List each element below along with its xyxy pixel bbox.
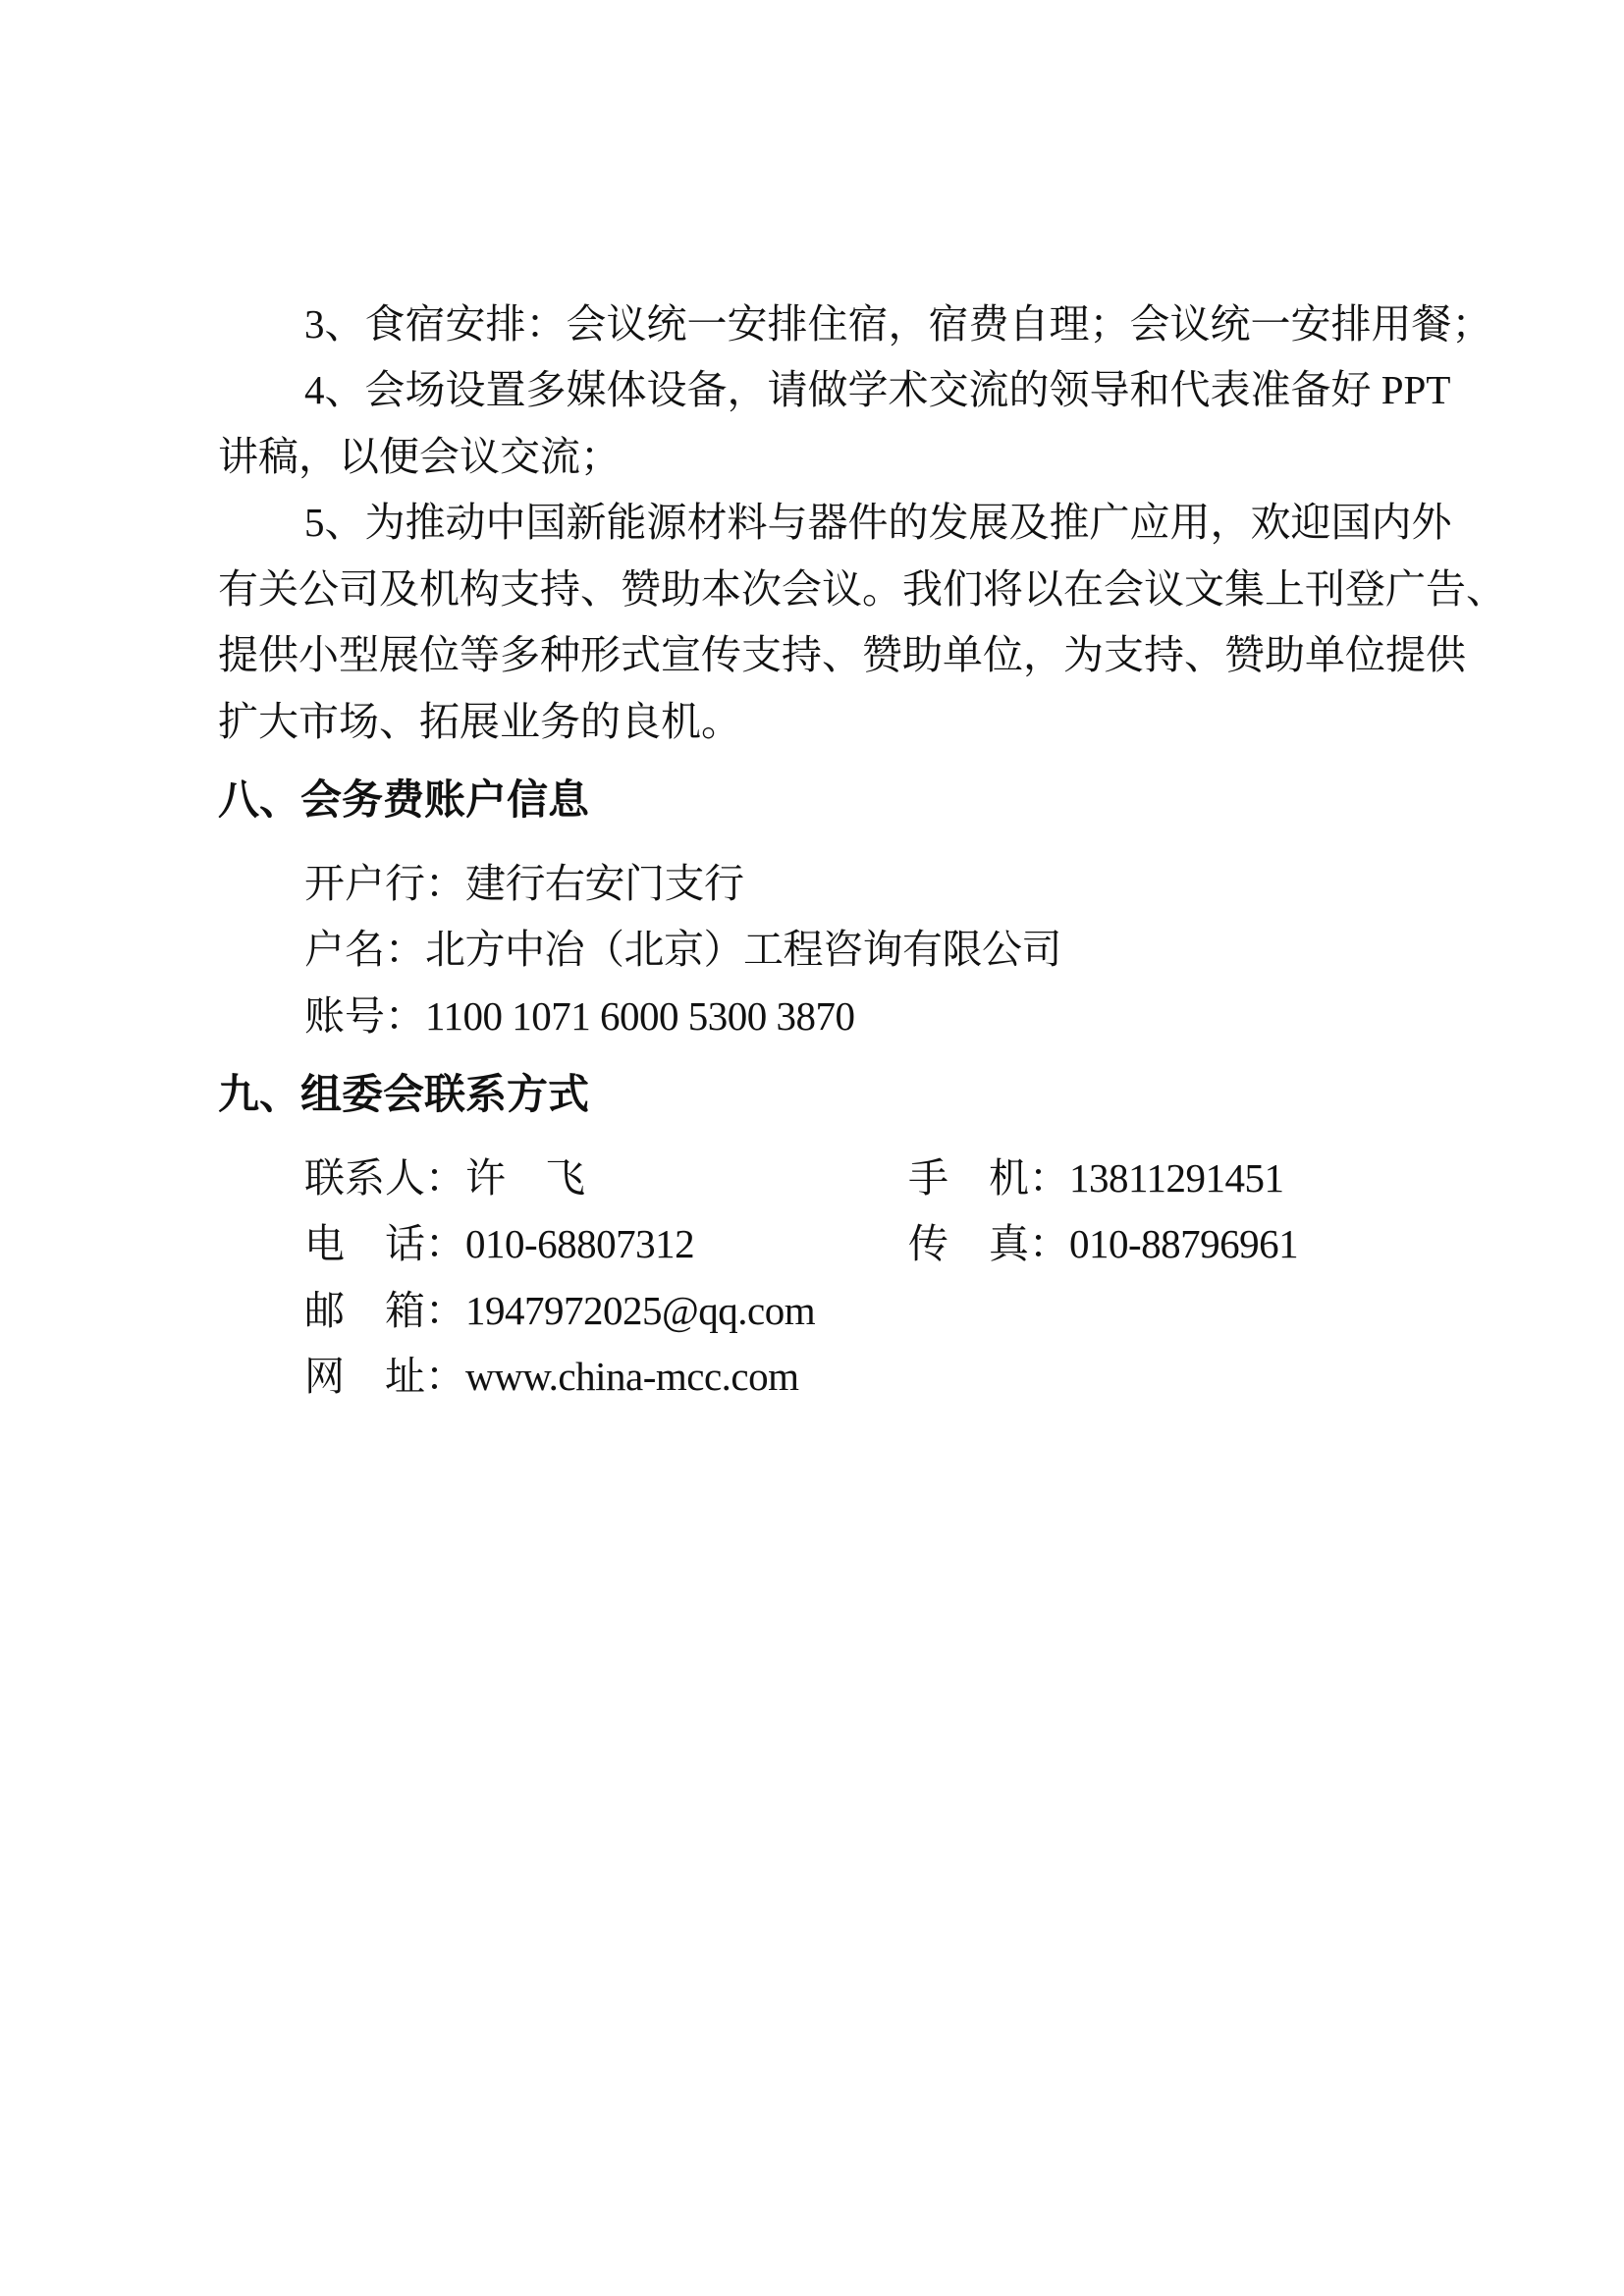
section-8-heading: 八、会务费账户信息	[218, 773, 589, 828]
mobile-row: 手 机：13811291451	[908, 1150, 1283, 1205]
item-5-line-3: 提供小型展位等多种形式宣传支持、赞助单位，为支持、赞助单位提供	[218, 627, 1380, 682]
mobile-label: 手 机：	[908, 1150, 1069, 1205]
contact-person-value: 许 飞	[465, 1150, 585, 1205]
email-row: 邮 箱：1947972025@qq.com	[304, 1283, 815, 1338]
phone-row: 电 话：010-68807312	[304, 1216, 694, 1271]
contact-person-label: 联系人：	[304, 1150, 465, 1205]
item-4-line-2: 讲稿，以便会议交流；	[218, 429, 1380, 484]
document-page: 3、食宿安排：会议统一安排住宿，宿费自理；会议统一安排用餐； 4、会场设置多媒体…	[0, 0, 1624, 2296]
website-label: 网 址：	[304, 1349, 465, 1404]
item-3-line-1: 3、食宿安排：会议统一安排住宿，宿费自理；会议统一安排用餐；	[304, 296, 1380, 351]
phone-label: 电 话：	[304, 1216, 465, 1271]
section-9-heading: 九、组委会联系方式	[218, 1067, 589, 1122]
item-4-line-1: 4、会场设置多媒体设备，请做学术交流的领导和代表准备好 PPT	[304, 362, 1380, 417]
account-name-value: 北方中冶（北京）工程咨询有限公司	[425, 922, 1061, 977]
account-name-label: 户名：	[304, 922, 425, 977]
mobile-value: 13811291451	[1069, 1150, 1283, 1205]
bank-row: 开户行：建行右安门支行	[304, 856, 744, 911]
fax-label: 传 真：	[908, 1216, 1069, 1271]
email-label: 邮 箱：	[304, 1283, 465, 1338]
bank-label: 开户行：	[304, 856, 465, 911]
item-5-line-1: 5、为推动中国新能源材料与器件的发展及推广应用，欢迎国内外	[304, 495, 1380, 550]
phone-value: 010-68807312	[465, 1216, 694, 1271]
item-5-line-4: 扩大市场、拓展业务的良机。	[218, 694, 1380, 749]
account-number-label: 账号：	[304, 988, 425, 1043]
email-value[interactable]: 1947972025@qq.com	[465, 1283, 815, 1338]
fax-row: 传 真：010-88796961	[908, 1216, 1298, 1271]
bank-value: 建行右安门支行	[465, 856, 744, 911]
website-value[interactable]: www.china-mcc.com	[465, 1349, 798, 1404]
contact-person-row: 联系人：许 飞	[304, 1150, 585, 1205]
account-number-value: 1100 1071 6000 5300 3870	[425, 988, 854, 1043]
website-row: 网 址：www.china-mcc.com	[304, 1349, 798, 1404]
account-number-row: 账号：1100 1071 6000 5300 3870	[304, 988, 854, 1043]
item-5-line-2: 有关公司及机构支持、赞助本次会议。我们将以在会议文集上刊登广告、	[218, 561, 1380, 616]
fax-value: 010-88796961	[1069, 1216, 1298, 1271]
account-name-row: 户名：北方中冶（北京）工程咨询有限公司	[304, 922, 1061, 977]
